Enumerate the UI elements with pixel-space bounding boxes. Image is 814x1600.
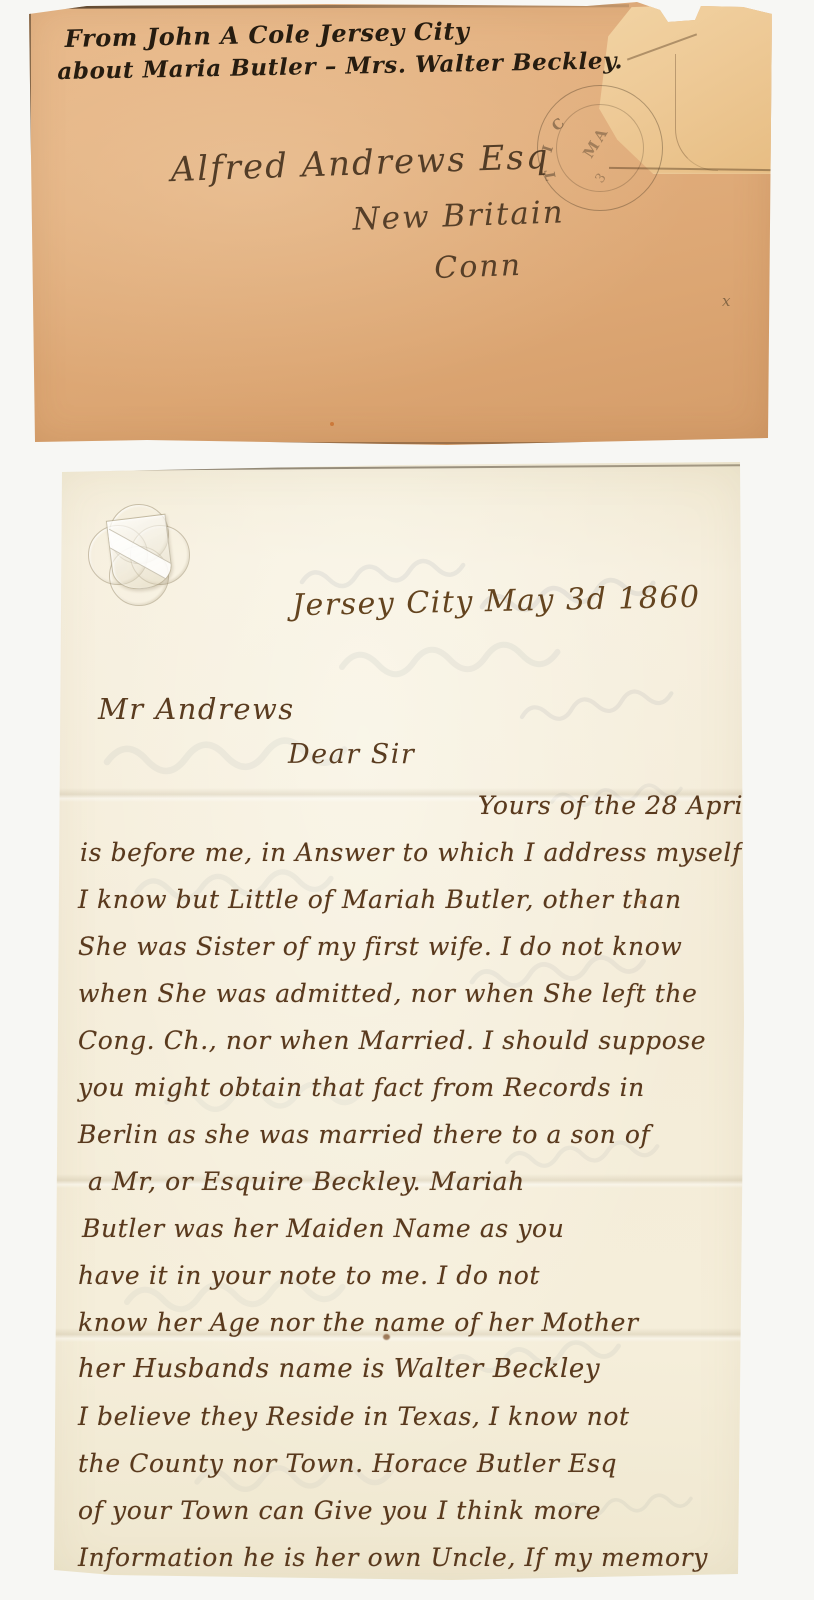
paper-speck [330,422,334,426]
scanner-background: From John A Cole Jersey City about Maria… [0,0,814,1600]
envelope-top-edge [29,4,629,9]
letter-body-line: know her Age nor the name of her Mother [78,1299,728,1346]
postmark-stamp-icon: C I T MA 3 [537,85,663,211]
embossed-stationery-seal-icon [88,504,188,604]
letter-body-line: Berlin as she was married there to a son… [78,1111,728,1158]
letter-body-line: is before me, in Answer to which I addre… [78,829,728,876]
letter-body-line: She was Sister of my first wife. I do no… [78,923,728,970]
address-city: New Britain [352,194,565,237]
seal-diagonal-band [106,529,174,588]
letter-body-line: have it in your note to me. I do not [78,1252,728,1299]
letter-body-line: a Mr, or Esquire Beckley. Mariah [78,1158,728,1205]
envelope-bottom-edge [31,442,769,444]
letter-body: Yours of the 28 April is before me, in A… [78,782,728,1581]
letter-body-line: I believe they Reside in Texas, I know n… [78,1393,728,1440]
envelope-left-edge [28,10,31,438]
letter-salutation: Dear Sir [288,739,415,770]
letter-left-edge [48,474,57,1570]
pencil-x-mark: x [722,292,730,310]
letter-page: Jersey City May 3d 1860 Mr Andrews Dear … [52,462,744,1580]
address-recipient-name: Alfred Andrews Esq [170,137,550,190]
letter-body-line: when She was admitted, nor when She left… [78,970,728,1017]
letter-body-line: her Husbands name is Walter Beckley [78,1346,728,1393]
letter-top-edge [60,464,740,471]
letter-body-line: Information he is her own Uncle, If my m… [78,1534,728,1581]
letter-body-line: of your Town can Give you I think more [78,1487,728,1534]
letter-body-line: the County nor Town. Horace Butler Esq [78,1440,728,1487]
envelope: From John A Cole Jersey City about Maria… [27,2,772,445]
letter-body-line: you might obtain that fact from Records … [78,1064,728,1111]
address-state: Conn [434,248,523,286]
letter-body-line: Yours of the 28 April [78,782,728,829]
paper-speck [640,900,644,904]
letter-body-line: I know but Little of Mariah Butler, othe… [78,876,728,923]
letter-body-line: Butler was her Maiden Name as you [78,1205,728,1252]
sender-annotation: From John A Cole Jersey City about Maria… [64,10,685,88]
seal-shield [106,514,174,593]
letter-dateline: Jersey City May 3d 1860 [292,580,701,624]
letter-recipient: Mr Andrews [98,692,295,726]
ink-blot [383,1334,390,1340]
letter-body-line: Cong. Ch., nor when Married. I should su… [78,1017,728,1064]
